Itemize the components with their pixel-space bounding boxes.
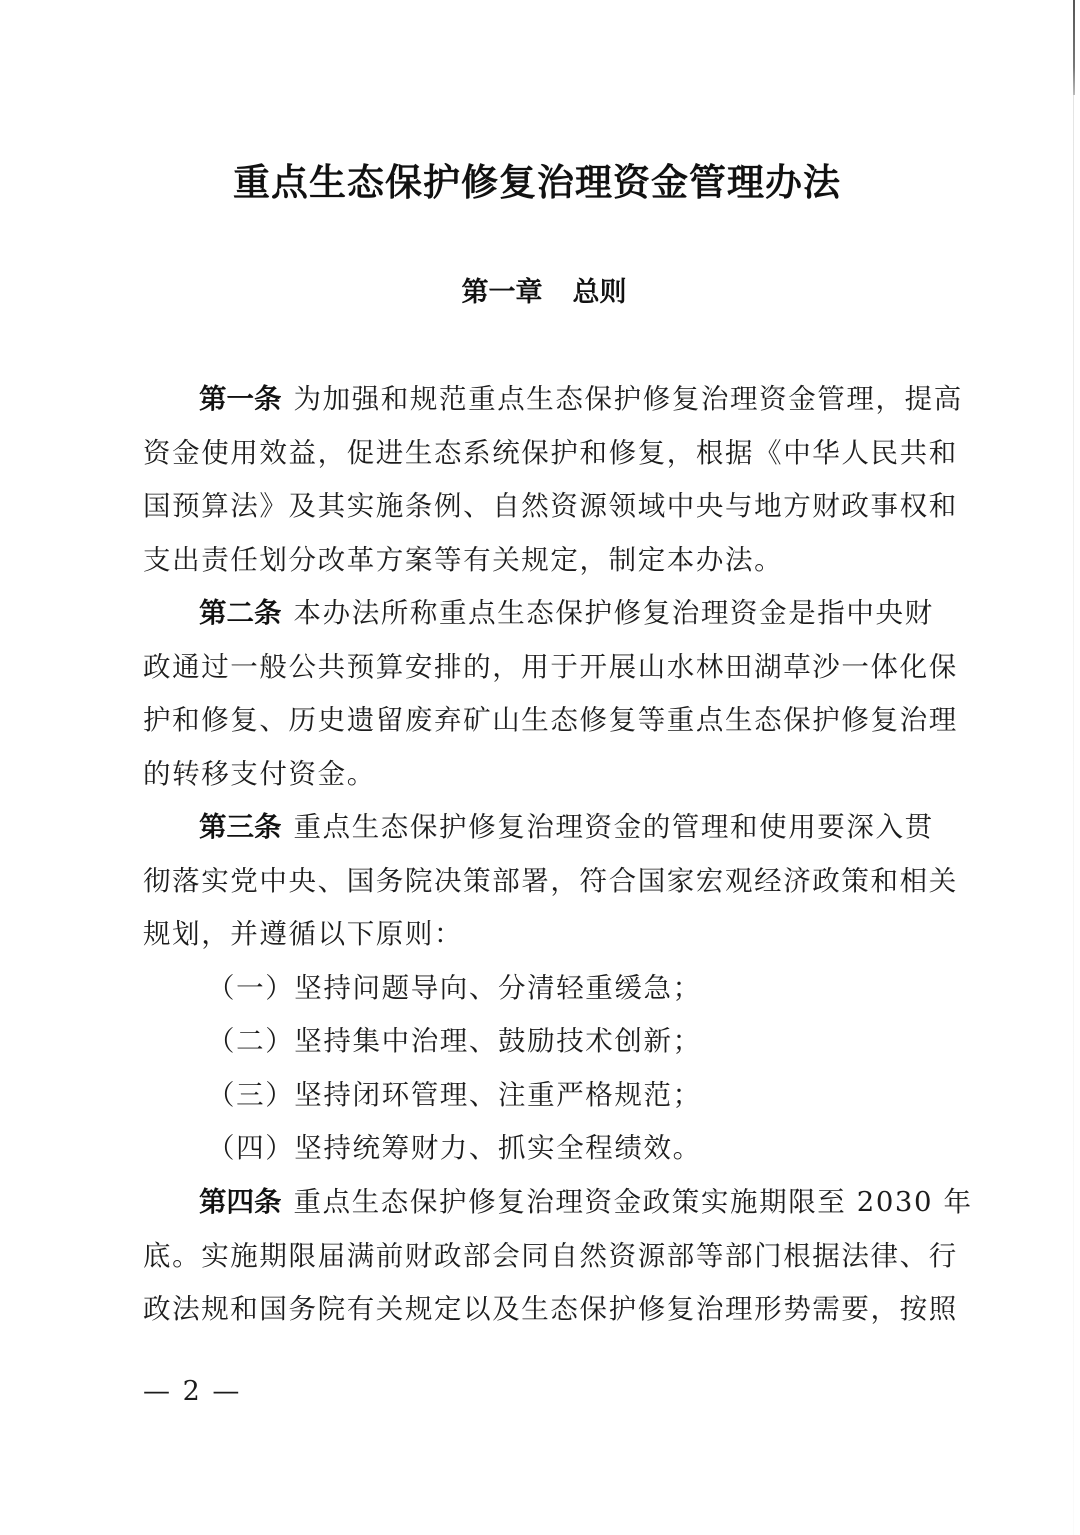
article-4: 第四条重点生态保护修复治理资金政策实施期限至 2030 年 底。实施期限届满前财… xyxy=(143,1176,947,1337)
article-paragraph: 第一条为加强和规范重点生态保护修复治理资金管理，提高 资金使用效益，促进生态系统… xyxy=(143,373,947,587)
scan-edge-line xyxy=(1073,0,1075,95)
chapter-number: 第一章 xyxy=(462,277,543,308)
article-1: 第一条为加强和规范重点生态保护修复治理资金管理，提高 资金使用效益，促进生态系统… xyxy=(143,373,947,587)
article-line: 护和修复、历史遗留废弃矿山生态修复等重点生态保护修复治理 xyxy=(143,694,947,748)
principle-item: （四）坚持统筹财力、抓实全程绩效。 xyxy=(143,1122,947,1176)
article-line: 资金使用效益，促进生态系统保护和修复，根据《中华人民共和 xyxy=(143,427,947,481)
principle-item: （三）坚持闭环管理、注重严格规范； xyxy=(143,1069,947,1123)
chapter-heading: 第一章总则 xyxy=(4,273,1080,313)
article-line: 规划，并遵循以下原则： xyxy=(143,908,947,962)
article-line: 彻落实党中央、国务院决策部署，符合国家宏观经济政策和相关 xyxy=(143,855,947,909)
article-line: 第一条为加强和规范重点生态保护修复治理资金管理，提高 xyxy=(143,373,947,427)
article-paragraph: 第二条本办法所称重点生态保护修复治理资金是指中央财 政通过一般公共预算安排的，用… xyxy=(143,587,947,801)
article-paragraph: 第四条重点生态保护修复治理资金政策实施期限至 2030 年 底。实施期限届满前财… xyxy=(143,1176,947,1337)
article-label: 第二条 xyxy=(199,597,282,629)
article-label: 第一条 xyxy=(199,383,282,415)
article-line: 政通过一般公共预算安排的，用于开展山水林田湖草沙一体化保 xyxy=(143,641,947,695)
article-line: 第四条重点生态保护修复治理资金政策实施期限至 2030 年 xyxy=(143,1176,947,1230)
chapter-name: 总则 xyxy=(573,277,627,308)
principle-item: （一）坚持问题导向、分清轻重缓急； xyxy=(143,962,947,1016)
article-line: 政法规和国务院有关规定以及生态保护修复治理形势需要，按照 xyxy=(143,1283,947,1337)
article-2: 第二条本办法所称重点生态保护修复治理资金是指中央财 政通过一般公共预算安排的，用… xyxy=(143,587,947,801)
article-label: 第四条 xyxy=(199,1186,282,1218)
article-line: 的转移支付资金。 xyxy=(143,748,947,802)
article-line: 国预算法》及其实施条例、自然资源领域中央与地方财政事权和 xyxy=(143,480,947,534)
article-3: 第三条重点生态保护修复治理资金的管理和使用要深入贯 彻落实党中央、国务院决策部署… xyxy=(143,801,947,1176)
principle-item: （二）坚持集中治理、鼓励技术创新； xyxy=(143,1015,947,1069)
article-line: 支出责任划分改革方案等有关规定，制定本办法。 xyxy=(143,534,947,588)
article-label: 第三条 xyxy=(199,811,282,843)
article-paragraph: 第三条重点生态保护修复治理资金的管理和使用要深入贯 彻落实党中央、国务院决策部署… xyxy=(143,801,947,1176)
document-title: 重点生态保护修复治理资金管理办法 xyxy=(0,158,1077,208)
article-line: 第二条本办法所称重点生态保护修复治理资金是指中央财 xyxy=(143,587,947,641)
page-number: — 2 — xyxy=(143,1372,241,1412)
article-line: 第三条重点生态保护修复治理资金的管理和使用要深入贯 xyxy=(143,801,947,855)
document-page: 重点生态保护修复治理资金管理办法 第一章总则 第一条为加强和规范重点生态保护修复… xyxy=(0,0,1080,1535)
article-line: 底。实施期限届满前财政部会同自然资源部等部门根据法律、行 xyxy=(143,1230,947,1284)
